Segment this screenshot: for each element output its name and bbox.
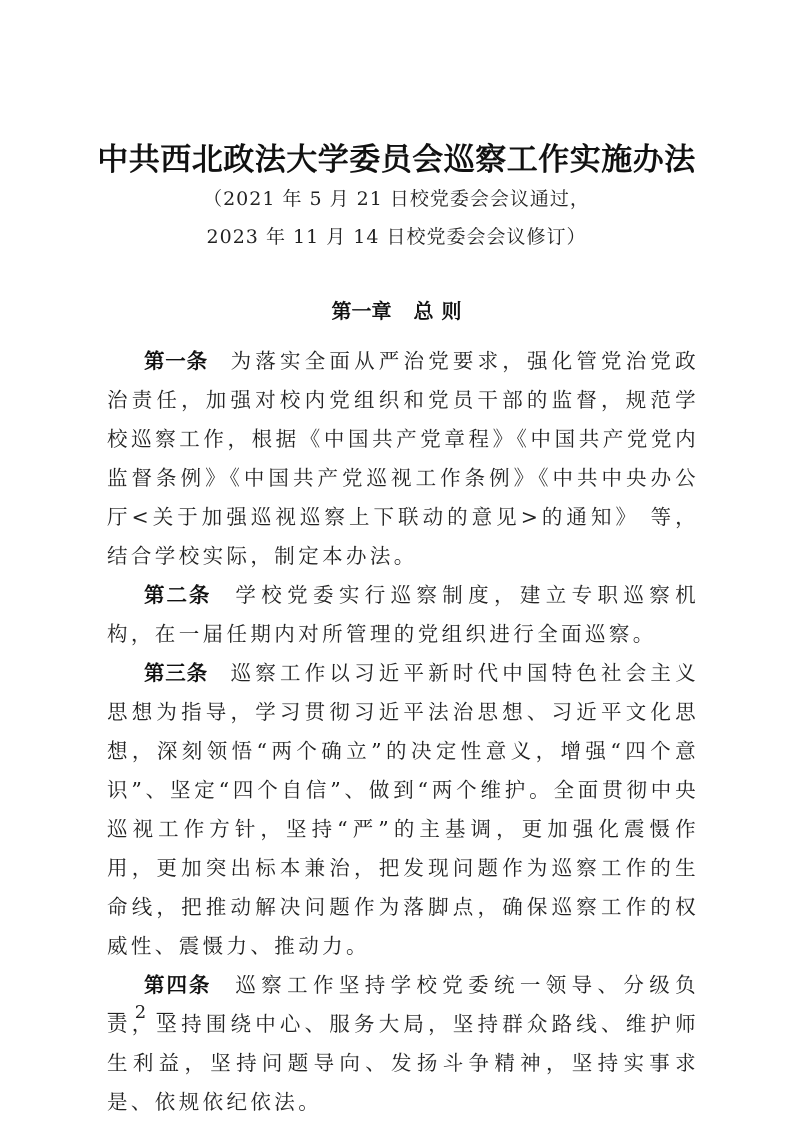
document-subtitle-line-1: （2021 年 5 月 21 日校党委会会议通过， [0, 184, 793, 214]
article-label: 第二条 [144, 583, 211, 607]
article-list: 第一条为落实全面从严治党要求，强化管党治党政治责任，加强对校内党组织和党员干部的… [107, 342, 699, 1122]
document-page: 中共西北政法大学委员会巡察工作实施办法 （2021 年 5 月 21 日校党委会… [0, 0, 793, 1122]
page-number: — 2 — [107, 1002, 176, 1023]
article-4: 第四条巡察工作坚持学校党委统一领导、分级负责，坚持围绕中心、服务大局，坚持群众路… [107, 966, 699, 1122]
article-2: 第二条学校党委实行巡察制度，建立专职巡察机构，在一届任期内对所管理的党组织进行全… [107, 576, 699, 654]
article-label: 第一条 [144, 349, 208, 373]
chapter-name-part-1: 总 [414, 299, 434, 323]
chapter-number: 第一章 [332, 299, 392, 323]
document-subtitle-line-2: 2023 年 11 月 14 日校党委会会议修订） [0, 222, 793, 252]
article-text: 为落实全面从严治党要求，强化管党治党政治责任，加强对校内党组织和党员干部的监督，… [107, 349, 699, 568]
chapter-heading: 第一章总则 [0, 296, 793, 326]
article-text: 巡察工作以习近平新时代中国特色社会主义思想为指导，学习贯彻习近平法治思想、习近平… [107, 661, 699, 958]
article-3: 第三条巡察工作以习近平新时代中国特色社会主义思想为指导，学习贯彻习近平法治思想、… [107, 654, 699, 966]
document-title: 中共西北政法大学委员会巡察工作实施办法 [0, 140, 793, 180]
chapter-name-part-2: 则 [442, 299, 462, 323]
article-label: 第四条 [144, 973, 211, 997]
article-1: 第一条为落实全面从严治党要求，强化管党治党政治责任，加强对校内党组织和党员干部的… [107, 342, 699, 576]
article-label: 第三条 [144, 661, 208, 685]
